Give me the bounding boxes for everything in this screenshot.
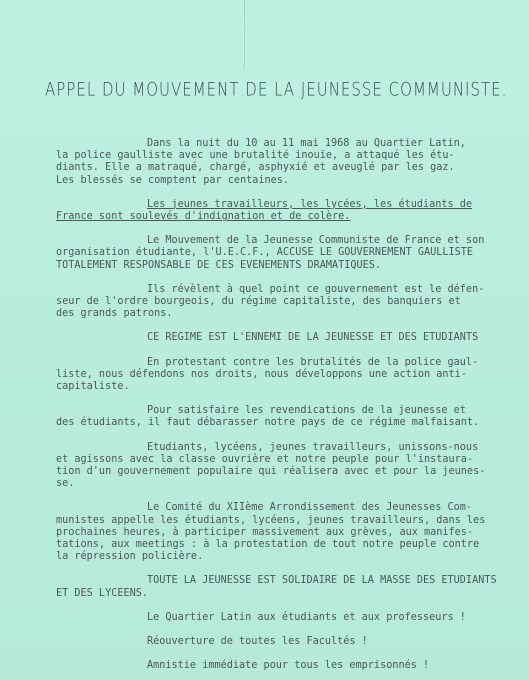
slogan: Réouverture de toutes les Facultés ! (56, 636, 496, 648)
paragraph-line: la police gaulliste avec une brutalité i… (56, 150, 496, 162)
paragraph-line: prochaines heures, à participer massivem… (56, 527, 496, 539)
paragraph-line: Etudiants, lycéens, jeunes travailleurs,… (56, 442, 496, 454)
paragraph-line: des étudiants, il faut débarasser notre … (56, 417, 496, 429)
paragraph-line: ET DES LYCEENS. (56, 588, 496, 600)
paragraph: CE REGIME EST L'ENNEMI DE LA JEUNESSE ET… (56, 332, 496, 344)
paragraph-line: CE REGIME EST L'ENNEMI DE LA JEUNESSE ET… (56, 332, 496, 344)
paragraph-line: des grands patrons. (56, 308, 496, 320)
paragraph-line: Dans la nuit du 10 au 11 mai 1968 au Qua… (56, 138, 496, 150)
paragraph: Ils révèlent à quel point ce gouvernemen… (56, 284, 496, 321)
paragraph: Pour satisfaire les revendications de la… (56, 405, 496, 429)
slogan: Amnistie immédiate pour tous les empriso… (56, 660, 496, 672)
paragraph-line: se. (56, 478, 496, 490)
paragraph-line: Le Comité du XIIème Arrondissement des J… (56, 502, 496, 514)
paragraph-line: capitaliste. (56, 381, 496, 393)
paragraph-line: TOUTE LA JEUNESSE EST SOLIDAIRE DE LA MA… (56, 575, 496, 587)
paragraph-line: Ils révèlent à quel point ce gouvernemen… (56, 284, 496, 296)
paragraph-line: diants. Elle a matraqué, chargé, asphyxi… (56, 162, 496, 174)
slogan: Le Quartier Latin aux étudiants et aux p… (56, 612, 496, 624)
paragraph-line: Les blessés se comptent par centaines. (56, 175, 496, 187)
paragraph-line: la répression policière. (56, 551, 496, 563)
handwritten-title: APPEL DU MOUVEMENT DE LA JEUNESSE COMMUN… (45, 78, 507, 101)
paragraph-line: Le Mouvement de la Jeunesse Communiste d… (56, 235, 496, 247)
paragraph-line: munistes appelle les étudiants, lycéens,… (56, 515, 496, 527)
paragraph: Les jeunes travailleurs, les lycées, les… (56, 199, 496, 223)
paragraph-line: France sont soulevés d'indignation et de… (56, 211, 496, 223)
paragraph: Etudiants, lycéens, jeunes travailleurs,… (56, 442, 496, 491)
paragraph: Le Mouvement de la Jeunesse Communiste d… (56, 235, 496, 272)
paper-fold-line (244, 0, 245, 70)
paragraph-line: liste, nous défendons nos droits, nous d… (56, 369, 496, 381)
paragraph: Dans la nuit du 10 au 11 mai 1968 au Qua… (56, 138, 496, 187)
paragraph-line: En protestant contre les brutalités de l… (56, 357, 496, 369)
paragraph-line: organisation étudiante, l'U.E.C.F., ACCU… (56, 247, 496, 259)
paragraph: Le Comité du XIIème Arrondissement des J… (56, 502, 496, 563)
paragraph-line: TOTALEMENT RESPONSABLE DE CES EVENEMENTS… (56, 260, 496, 272)
paragraph: TOUTE LA JEUNESSE EST SOLIDAIRE DE LA MA… (56, 575, 496, 599)
paragraph: En protestant contre les brutalités de l… (56, 357, 496, 394)
paragraph-line: Pour satisfaire les revendications de la… (56, 405, 496, 417)
paragraph-line: Les jeunes travailleurs, les lycées, les… (56, 199, 496, 211)
paragraph-line: seur de l'ordre bourgeois, du régime cap… (56, 296, 496, 308)
typewritten-body: Dans la nuit du 10 au 11 mai 1968 au Qua… (56, 138, 496, 680)
paragraph-line: et agissons avec la classe ouvrière et n… (56, 454, 496, 466)
paragraph-line: tion d'un gouvernement populaire qui réa… (56, 466, 496, 478)
paragraph-line: tations, aux meetings : à la protestatio… (56, 539, 496, 551)
